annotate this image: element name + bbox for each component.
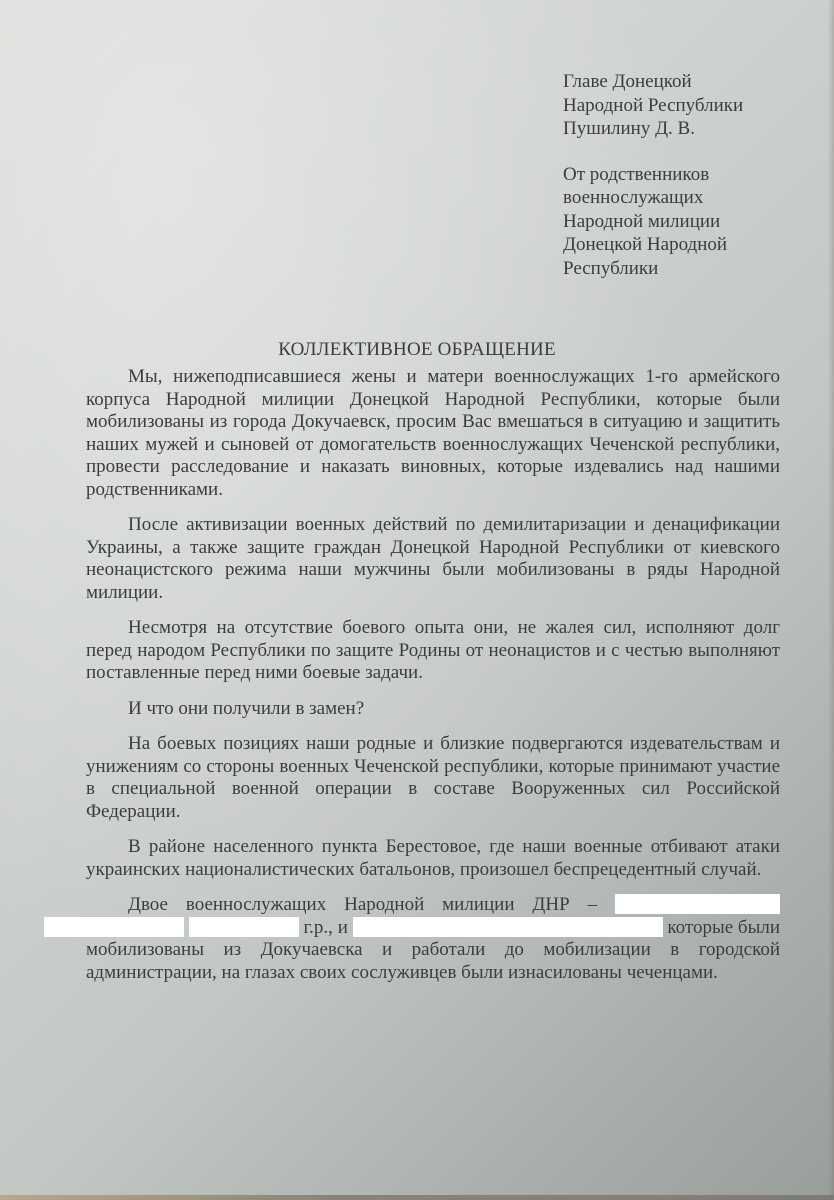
paragraph: И что они получили в замен? [86,698,780,721]
paragraph-text: Двое военнослужащих Народной милиции ДНР… [128,894,597,915]
redaction-block [615,894,780,914]
document-body: Мы, нижеподписавшиеся жены и матери воен… [86,366,780,997]
redacted-paragraph: Двое военнослужащих Народной милиции ДНР… [86,894,780,984]
paragraph: На боевых позициях наши родные и близкие… [86,733,780,823]
document-photo: Главе Донецкой Народной Республики Пушил… [0,0,834,1200]
recipient-line: Главе Донецкой [563,70,743,94]
paragraph: После активизации военных действий по де… [86,514,780,604]
redaction-block [353,917,663,937]
recipient-block: Главе Донецкой Народной Республики Пушил… [563,70,743,141]
addressee-block: Главе Донецкой Народной Республики Пушил… [563,70,743,280]
surface-strip [0,1195,834,1200]
redaction-block [189,917,299,937]
recipient-line: Пушилину Д. В. [563,117,743,141]
redaction-block [44,917,184,937]
sender-line: военнослужащих [563,186,743,210]
recipient-line: Народной Республики [563,94,743,118]
paragraph-text: г.р., и [304,917,348,938]
document-title: КОЛЛЕКТИВНОЕ ОБРАЩЕНИЕ [0,339,834,361]
sender-line: Донецкой Народной [563,233,743,257]
sender-block: От родственников военнослужащих Народной… [563,163,743,281]
sender-line: Республики [563,257,743,281]
paragraph: Мы, нижеподписавшиеся жены и матери воен… [86,366,780,501]
paper-edge-shadow [828,0,834,1200]
paragraph: В районе населенного пункта Берестовое, … [86,836,780,881]
paragraph: Несмотря на отсутствие боевого опыта они… [86,617,780,685]
sender-line: От родственников [563,163,743,187]
sender-line: Народной милиции [563,210,743,234]
